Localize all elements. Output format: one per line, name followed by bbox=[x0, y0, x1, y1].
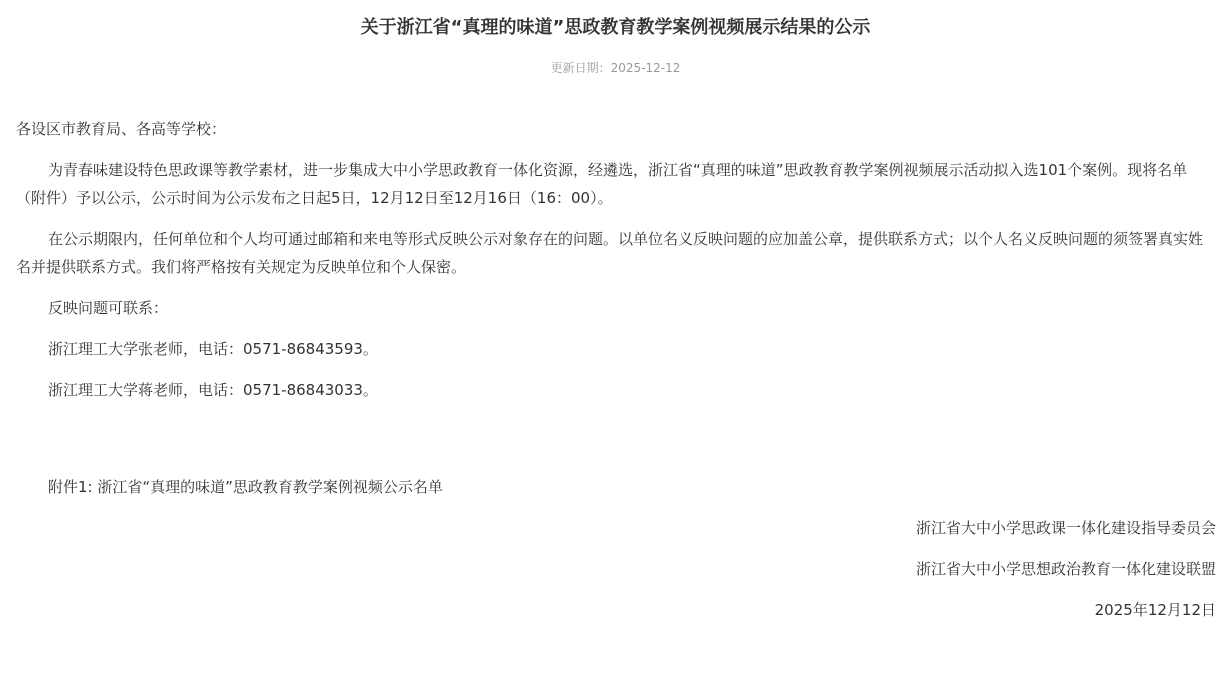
signature-committee: 浙江省大中小学思政课一体化建设指导委员会 bbox=[16, 514, 1216, 542]
article-title: 关于浙江省“真理的味道”思政教育教学案例视频展示结果的公示 bbox=[0, 15, 1231, 41]
salutation: 各设区市教育局、各高等学校： bbox=[16, 115, 1216, 143]
update-date: 更新日期：2025-12-12 bbox=[0, 59, 1231, 77]
contact-zhang: 浙江理工大学张老师，电话：0571-86843593。 bbox=[16, 335, 1216, 363]
article-body: 各设区市教育局、各高等学校： 为青春味建设特色思政课等教学素材，进一步集成大中小… bbox=[16, 115, 1216, 637]
contact-heading: 反映问题可联系： bbox=[16, 294, 1216, 322]
paragraph-announcement: 为青春味建设特色思政课等教学素材，进一步集成大中小学思政教育一体化资源，经遴选，… bbox=[16, 156, 1216, 212]
spacer bbox=[16, 417, 1216, 473]
article-page: 关于浙江省“真理的味道”思政教育教学案例视频展示结果的公示 更新日期：2025-… bbox=[0, 0, 1231, 690]
sign-date: 2025年12月12日 bbox=[16, 596, 1216, 624]
paragraph-feedback: 在公示期限内，任何单位和个人均可通过邮箱和来电等形式反映公示对象存在的问题。以单… bbox=[16, 225, 1216, 281]
signature-alliance: 浙江省大中小学思想政治教育一体化建设联盟 bbox=[16, 555, 1216, 583]
attachment-link[interactable]: 附件1: 浙江省“真理的味道”思政教育教学案例视频公示名单 bbox=[16, 473, 1216, 501]
contact-jiang: 浙江理工大学蒋老师，电话：0571-86843033。 bbox=[16, 376, 1216, 404]
